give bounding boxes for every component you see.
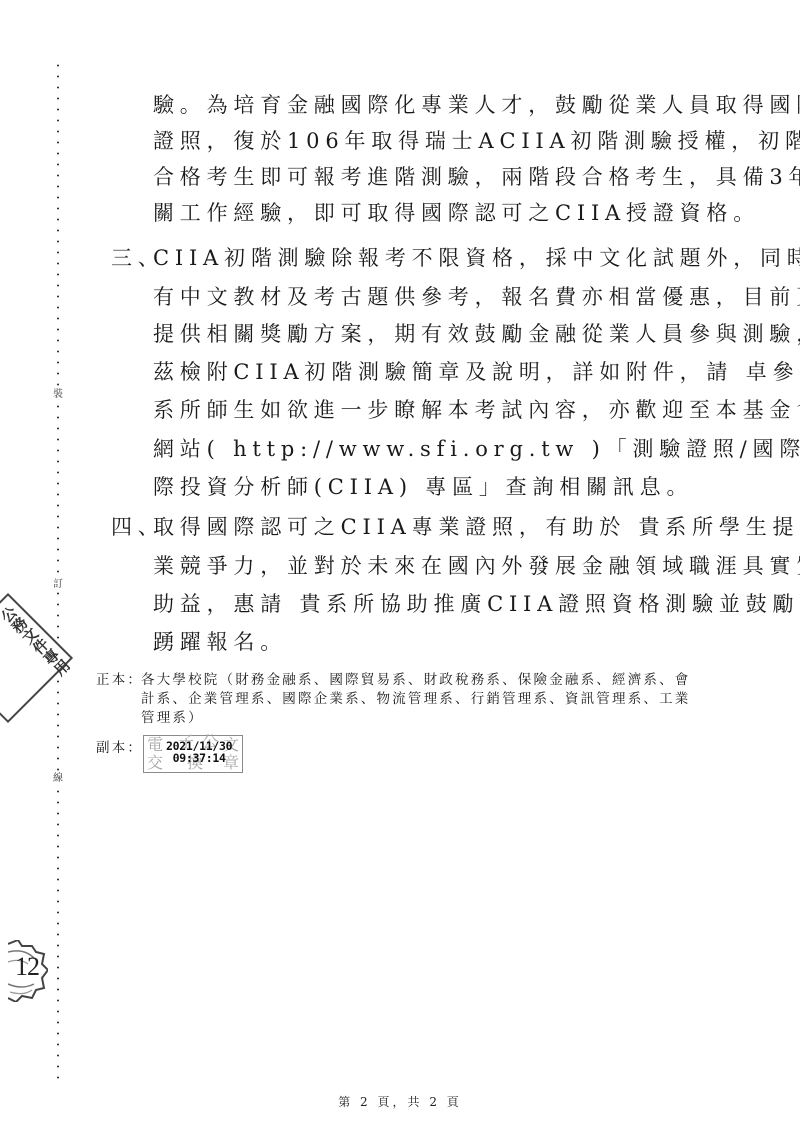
body-line: CIIA初階測驗除報考不限資格，採中文化試題外，同時備	[153, 245, 800, 271]
page-indicator: 第 2 頁，共 2 頁	[0, 1093, 800, 1110]
original-recipients-line: 計系、企業管理系、國際企業系、物流管理系、行銷管理系、資訊管理系、工業	[141, 691, 691, 708]
body-line: 業競爭力，並對於未來在國內外發展金融領域職涯具實質	[153, 553, 800, 579]
original-recipients-line: 管理系）	[141, 710, 204, 727]
stamp-char: 電	[147, 737, 163, 753]
body-line: 茲檢附CIIA初階測驗簡章及說明，詳如附件，請 卓參。貴	[153, 359, 800, 385]
body-line: 提供相關獎勵方案，期有效鼓勵金融從業人員參與測驗，	[153, 321, 800, 347]
electronic-exchange-stamp: 電 子 公 文 交 換 章 2021/11/30 09:37:14	[143, 735, 243, 773]
binding-label-zhuang: 裝	[51, 388, 65, 402]
body-line: 關工作經驗，即可取得國際認可之CIIA授證資格。	[153, 200, 760, 226]
body-line: 際投資分析師(CIIA) 專區」查詢相關訊息。	[153, 474, 693, 500]
original-recipients-line: 各大學校院（財務金融系、國際貿易系、財政稅務系、保險金融系、經濟系、會	[141, 672, 691, 689]
stamp-time: 09:37:14	[166, 752, 232, 764]
stamp-char: 交	[147, 755, 163, 771]
body-line: 取得國際認可之CIIA專業證照，有助於 貴系所學生提升就	[153, 514, 800, 540]
body-line: 驗。為培育金融國際化專業人才，鼓勵從業人員取得國際	[153, 92, 800, 118]
body-line: 系所師生如欲進一步瞭解本考試內容，亦歡迎至本基金會	[153, 397, 800, 423]
binding-dotted-line	[57, 60, 59, 1085]
binding-label-xian: 線	[51, 772, 65, 786]
page-seal-number: 12	[15, 952, 39, 982]
body-line: 合格考生即可報考進階測驗，兩階段合格考生，具備3年相	[153, 164, 800, 190]
body-line: 有中文教材及考古題供參考，報名費亦相當優惠，目前更	[153, 284, 800, 310]
stamp-datetime: 2021/11/30 09:37:14	[166, 740, 232, 764]
body-line: 踴躍報名。	[153, 629, 287, 655]
original-recipients-label: 正本：	[96, 672, 143, 689]
body-line: 證照，復於106年取得瑞士ACIIA初階測驗授權，初階測驗	[153, 128, 800, 154]
body-line: 網站( http://www.sfi.org.tw )「測驗證照/國際測驗/國	[153, 436, 800, 462]
binding-label-ding: 訂	[51, 578, 65, 592]
body-line: 助益，惠請 貴系所協助推廣CIIA證照資格測驗並鼓勵師生	[153, 591, 800, 617]
copy-recipients-label: 副本：	[96, 740, 143, 757]
